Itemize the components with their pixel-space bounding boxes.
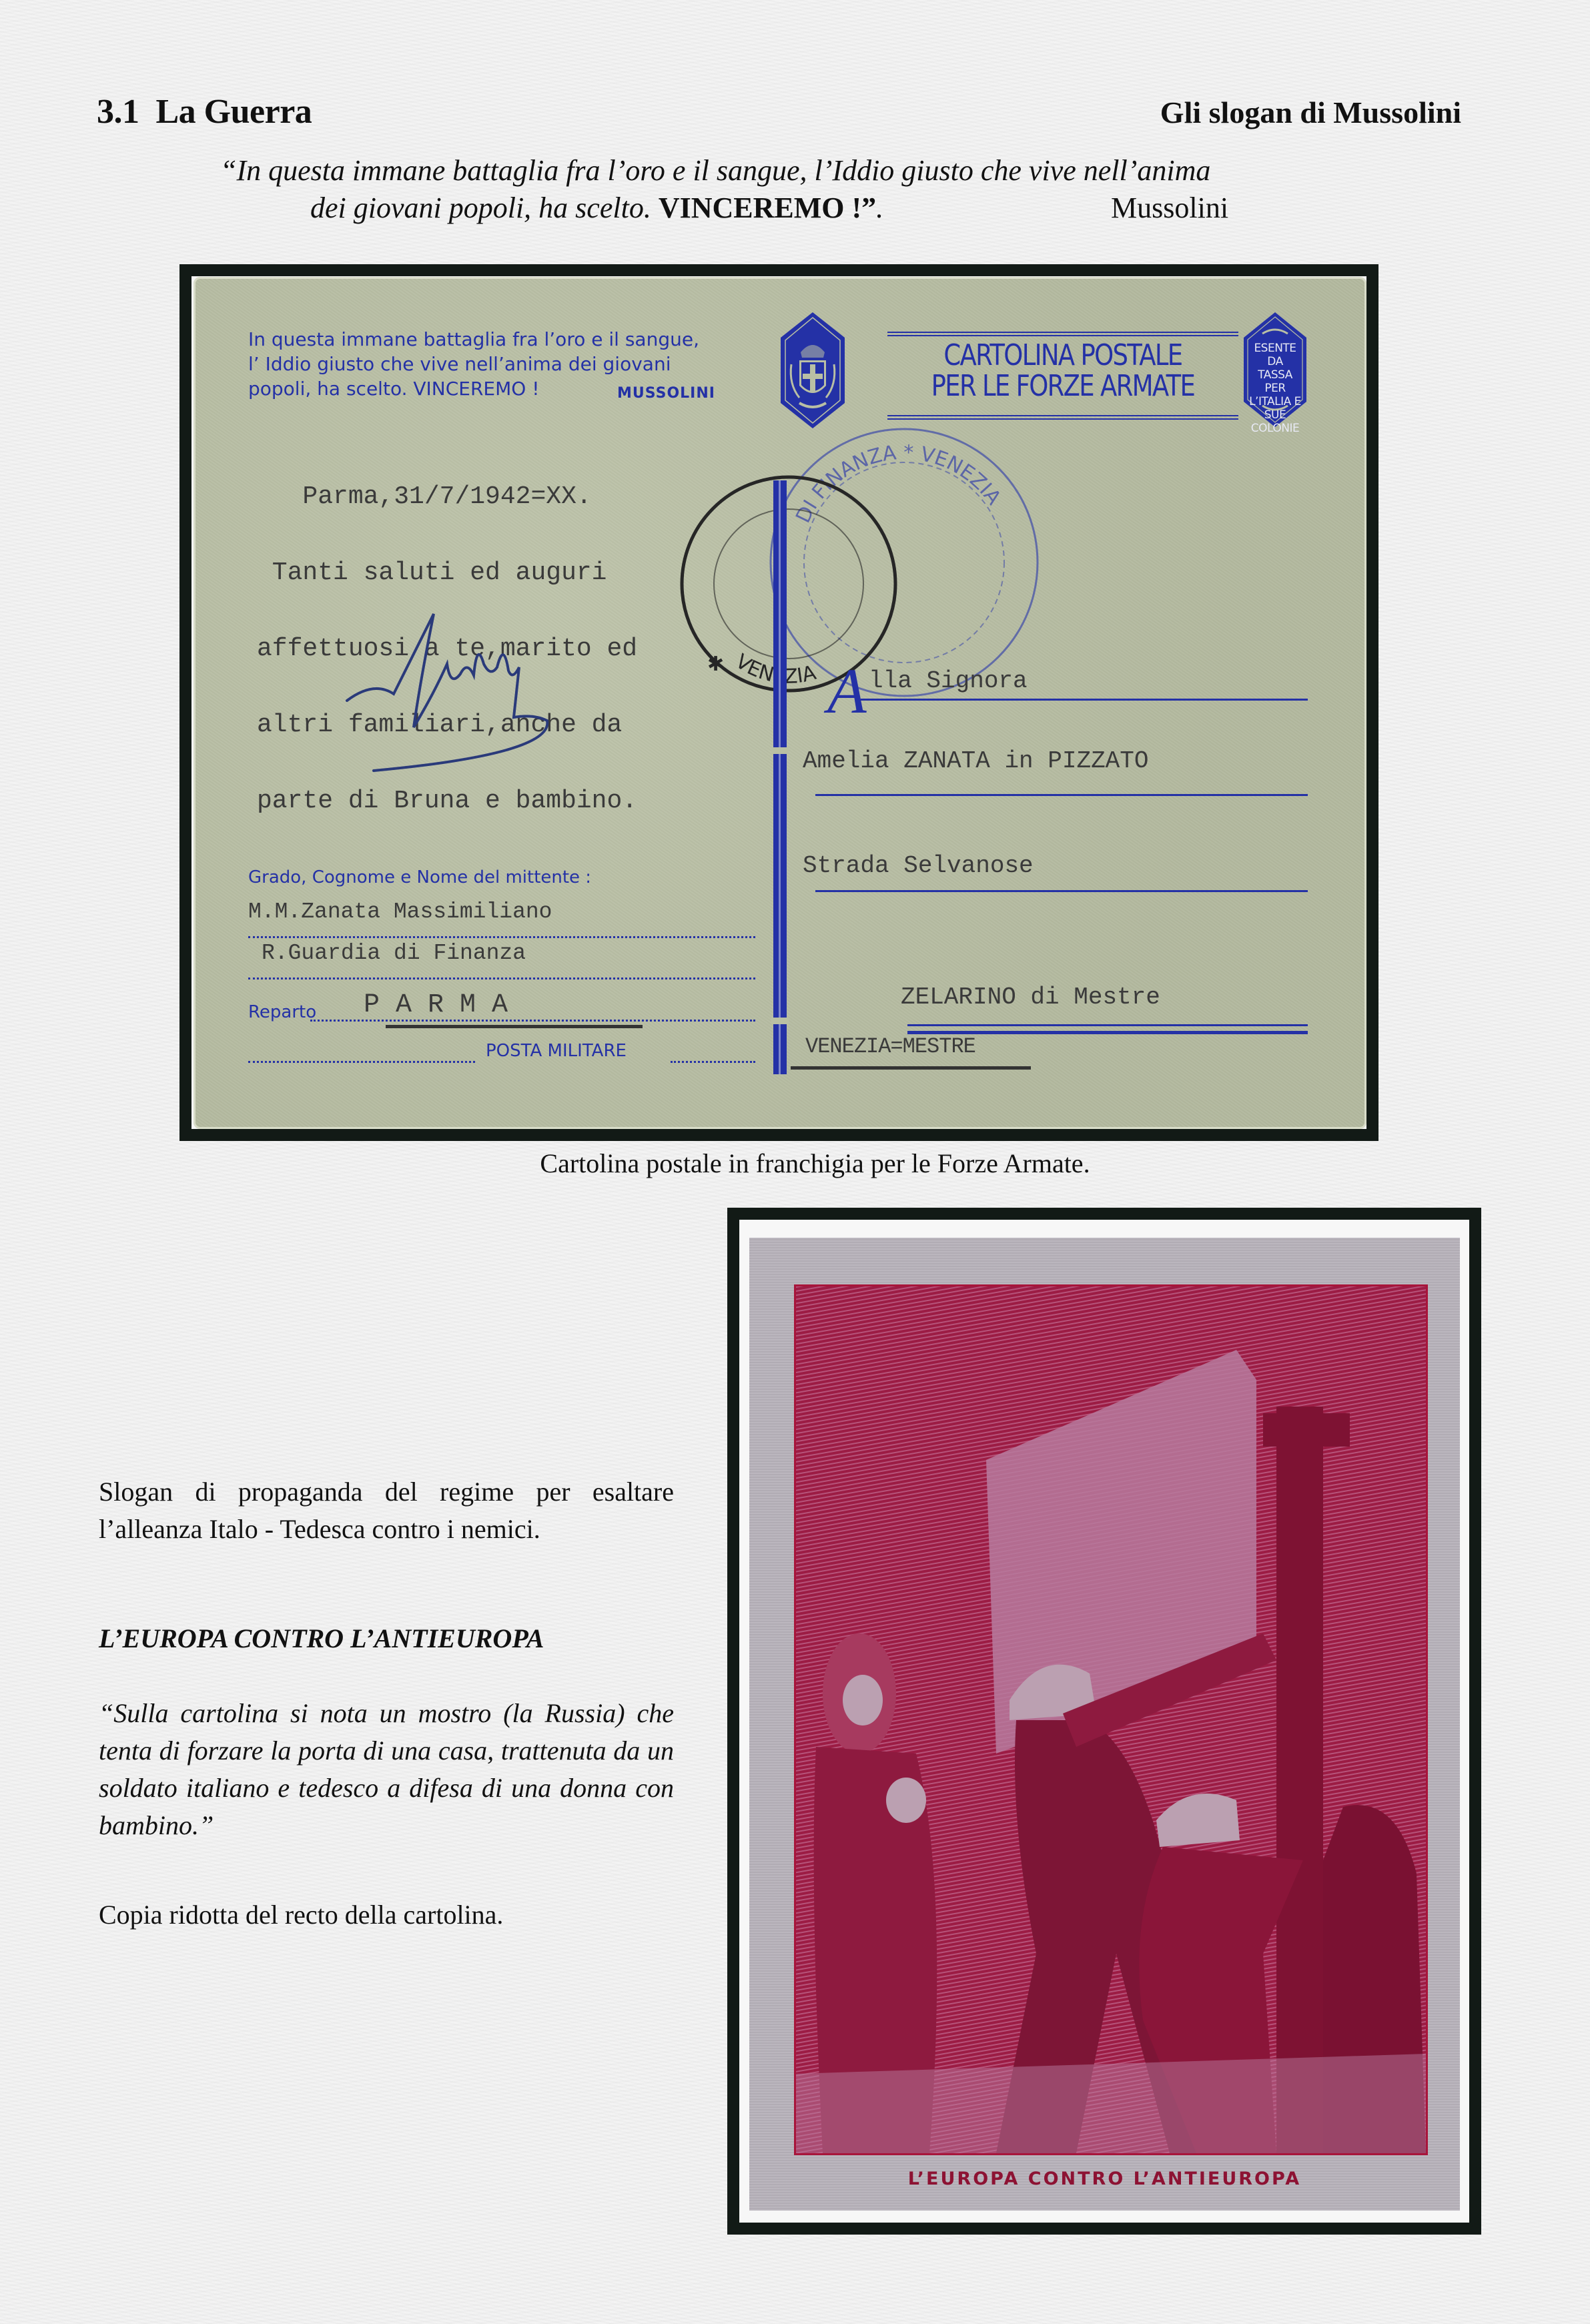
address-initial: A (827, 654, 867, 728)
message-line: Parma,31/7/1942=XX. (257, 484, 637, 510)
postcard-title-line-1: CARTOLINA POSTALE (887, 340, 1238, 371)
propaganda-card-caption: L’EUROPA CONTRO L’ANTIEUROPA (749, 2169, 1460, 2189)
quote-author: Mussolini (1111, 191, 1228, 225)
address-line-2: Amelia ZANATA in PIZZATO (803, 747, 1148, 775)
soldiers-holding-door-illustration (794, 1284, 1428, 2155)
description-note: Copia ridotta del recto della cartolina. (99, 1896, 674, 1934)
quote-line-2-end: . (876, 191, 883, 224)
postcard-title-line-2: PER LE FORZE ARMATE (887, 371, 1238, 402)
handwritten-signature (334, 601, 641, 774)
reparto-label: Reparto (248, 1002, 316, 1022)
address-line-4: ZELARINO di Mestre (901, 984, 1160, 1011)
dotted-line (671, 1061, 755, 1063)
address-rule (907, 1024, 1308, 1026)
description-paragraph: Slogan di propaganda del regime per esal… (99, 1473, 674, 1548)
dotted-line (310, 1020, 755, 1022)
exempt-line: SUE COLONIE (1249, 408, 1301, 435)
postage-exempt-text: ESENTE DA TASSA PER L’ITALIA E SUE COLON… (1249, 342, 1301, 435)
dotted-line (248, 936, 755, 938)
quote-vinceremo: VINCEREMO !” (659, 191, 876, 224)
typed-underline (386, 1025, 643, 1028)
quote-line-2-text: dei giovani popoli, ha scelto. (310, 191, 659, 224)
slogan-line: l’ Iddio giusto che vive nell’anima dei … (248, 352, 699, 376)
quote-line-2: dei giovani popoli, ha scelto. VINCEREMO… (310, 191, 883, 225)
venezia-postmark: VENEZIA ✱ (675, 470, 902, 697)
dotted-line (248, 978, 755, 980)
exempt-line: L’ITALIA E (1249, 395, 1301, 408)
description-quote: “Sulla cartolina si nota un mostro (la R… (99, 1695, 674, 1844)
message-line: Tanti saluti ed auguri (257, 560, 637, 586)
description-heading: L’EUROPA CONTRO L’ANTIEUROPA (99, 1620, 674, 1657)
dotted-line (248, 1061, 475, 1063)
postcard-title: CARTOLINA POSTALE PER LE FORZE ARMATE (887, 340, 1238, 402)
quote-line-1: “In questa immane battaglia fra l’oro e … (220, 153, 1210, 187)
exempt-line: ESENTE DA (1249, 342, 1301, 368)
exempt-line: TASSA PER (1249, 368, 1301, 395)
postcard-caption: Cartolina postale in franchigia per le F… (0, 1148, 1590, 1179)
svg-text:✱: ✱ (707, 653, 724, 675)
slogan-line: In questa immane battaglia fra l’oro e i… (248, 327, 699, 352)
address-rule (861, 699, 1308, 701)
address-line-1: lla Signora (869, 667, 1028, 695)
sender-label: Grado, Cognome e Nome del mittente : (248, 867, 591, 887)
sender-line-1: M.M.Zanata Massimiliano (248, 899, 552, 924)
section-title: 3.1 La Guerra (97, 92, 312, 131)
address-rule (815, 794, 1308, 796)
postcard-slogan-author: MUSSOLINI (617, 385, 715, 402)
posta-militare-label: POSTA MILITARE (486, 1041, 627, 1061)
message-line: parte di Bruna e bambino. (257, 789, 637, 814)
address-line-3: Strada Selvanose (803, 852, 1034, 879)
address-line-5: VENEZIA=MESTRE (805, 1034, 975, 1059)
fasces-divider-icon (771, 480, 789, 1074)
savoy-crest-icon (779, 311, 846, 430)
reparto-value: P A R M A (364, 990, 508, 1020)
section-subtitle: Gli slogan di Mussolini (1160, 95, 1461, 130)
typed-underline (791, 1066, 1031, 1070)
address-rule (815, 890, 1308, 892)
sender-line-2: R.Guardia di Finanza (262, 941, 526, 965)
